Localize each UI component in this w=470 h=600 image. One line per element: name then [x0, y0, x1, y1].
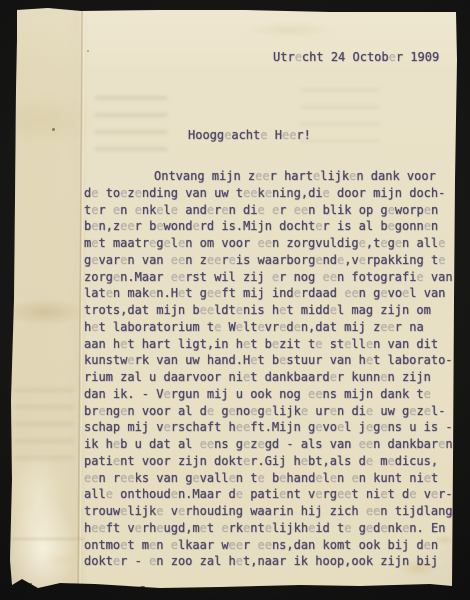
- body-line: trouwelijke verhouding waarin hij zich e…: [84, 503, 453, 520]
- ghost-text-smudge: [95, 96, 167, 162]
- body-line: dan ik. - Vergun mij u ook nog eens mijn…: [84, 386, 453, 403]
- letter-paper: Utrecht 24 October 1909 Hooggeachte Heer…: [0, 0, 470, 600]
- salutation: Hooggeachte Heer!: [188, 127, 311, 144]
- paper-speck: [87, 50, 89, 52]
- body-line: de toezending van uw teekening,die door …: [84, 185, 453, 202]
- body-line: ben,zeer bewonderd is.Mijn dochter is al…: [84, 218, 453, 235]
- body-line: ik heb u dat al eens gezegd - als van ee…: [84, 436, 453, 453]
- body-line: laten maken.Het geeft mij inderdaad een …: [84, 285, 453, 302]
- body-line: Ontvang mijn zeer hartelijken dank voor: [84, 168, 453, 185]
- ghost-text-smudge: [14, 388, 74, 472]
- body-line: patient voor zijn dokter.Gij hebt,als de…: [84, 453, 453, 470]
- body-line: ter en enkele anderen die er een blik op…: [84, 202, 453, 219]
- letter-body: Ontvang mijn zeer hartelijken dank voord…: [84, 168, 453, 570]
- body-line: het laboratorium te Weltevreden,dat mij …: [84, 319, 453, 336]
- dateline: Utrecht 24 October 1909: [273, 49, 439, 66]
- photo-backdrop: Utrecht 24 October 1909 Hooggeachte Heer…: [0, 0, 470, 600]
- ghost-text-smudge: [300, 88, 380, 148]
- body-line: ontmoet men elkaar weer eens,dan komt oo…: [84, 537, 453, 554]
- crease-line: [12, 538, 84, 540]
- body-line: zorgen.Maar eerst wil zij er nog een fot…: [84, 269, 453, 286]
- body-line: aan het hart ligt,in het bezit te stelle…: [84, 336, 453, 353]
- body-line: schap mij verschaft heeft.Mijn gevoel je…: [84, 419, 453, 436]
- body-line: rium zal u daarvoor niet dankbaarder kun…: [84, 369, 453, 386]
- body-line: heeft verheugd,met erkentelijkheid te ge…: [84, 520, 453, 537]
- paper-speck: [52, 128, 55, 131]
- body-line: een reeks van gevallen te behandelen en …: [84, 470, 453, 487]
- body-line: met maatregelen om voor een zorgvuldige,…: [84, 235, 453, 252]
- paper-speck: [140, 586, 145, 588]
- body-line: dokter - en zoo zal het,naar ik hoop,ook…: [84, 553, 453, 570]
- paper-speck: [28, 583, 32, 585]
- body-line: brengen voor al de genoegelijke uren die…: [84, 403, 453, 420]
- body-line: gevaren van een zeereis waarborgende,ver…: [84, 252, 453, 269]
- body-line: kunstwerk van uw hand.Het bestuur van he…: [84, 352, 453, 369]
- body-line: alle onthouden.Maar de patient vergeet n…: [84, 486, 453, 503]
- body-line: trots,dat mijn beeldtenis het middel mag…: [84, 302, 453, 319]
